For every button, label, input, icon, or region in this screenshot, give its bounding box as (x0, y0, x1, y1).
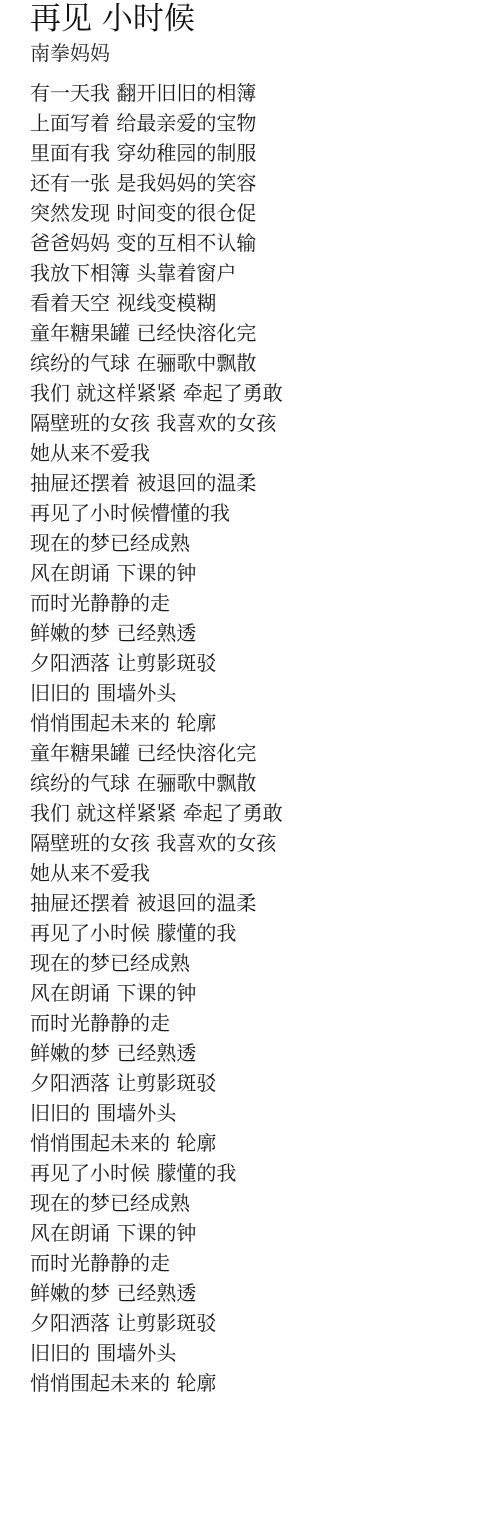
lyric-line: 她从来不爱我 (30, 858, 500, 888)
lyric-line: 风在朗诵 下课的钟 (30, 978, 500, 1008)
lyric-line: 而时光静静的走 (30, 1248, 500, 1278)
lyric-line: 童年糖果罐 已经快溶化完 (30, 738, 500, 768)
lyric-line: 悄悄围起未来的 轮廓 (30, 1128, 500, 1158)
lyric-line: 我们 就这样紧紧 牵起了勇敢 (30, 378, 500, 408)
lyric-line: 悄悄围起未来的 轮廓 (30, 1368, 500, 1398)
lyric-line: 风在朗诵 下课的钟 (30, 558, 500, 588)
lyric-line: 隔壁班的女孩 我喜欢的女孩 (30, 408, 500, 438)
lyric-line: 抽屉还摆着 被退回的温柔 (30, 468, 500, 498)
lyric-line: 旧旧的 围墙外头 (30, 1338, 500, 1368)
lyric-line: 我放下相簿 头靠着窗户 (30, 258, 500, 288)
lyric-line: 再见了小时候懵懂的我 (30, 498, 500, 528)
lyric-line: 抽屉还摆着 被退回的温柔 (30, 888, 500, 918)
lyric-line: 还有一张 是我妈妈的笑容 (30, 168, 500, 198)
lyric-line: 缤纷的气球 在骊歌中飘散 (30, 768, 500, 798)
artist-name: 南拳妈妈 (30, 38, 500, 68)
lyric-line: 夕阳洒落 让剪影斑驳 (30, 1308, 500, 1338)
lyric-line: 旧旧的 围墙外头 (30, 678, 500, 708)
lyric-line: 鲜嫩的梦 已经熟透 (30, 618, 500, 648)
lyric-line: 再见了小时候 朦懂的我 (30, 1158, 500, 1188)
lyric-line: 鲜嫩的梦 已经熟透 (30, 1038, 500, 1068)
lyric-line: 她从来不爱我 (30, 438, 500, 468)
lyric-line: 隔壁班的女孩 我喜欢的女孩 (30, 828, 500, 858)
lyric-line: 旧旧的 围墙外头 (30, 1098, 500, 1128)
lyric-line: 夕阳洒落 让剪影斑驳 (30, 1068, 500, 1098)
lyrics-list: 有一天我 翻开旧旧的相簿上面写着 给最亲爱的宝物里面有我 穿幼稚园的制服还有一张… (30, 78, 500, 1398)
lyric-line: 夕阳洒落 让剪影斑驳 (30, 648, 500, 678)
lyric-line: 看着天空 视线变模糊 (30, 288, 500, 318)
lyric-line: 童年糖果罐 已经快溶化完 (30, 318, 500, 348)
lyric-line: 爸爸妈妈 变的互相不认输 (30, 228, 500, 258)
lyric-line: 里面有我 穿幼稚园的制服 (30, 138, 500, 168)
lyric-line: 有一天我 翻开旧旧的相簿 (30, 78, 500, 108)
lyric-line: 上面写着 给最亲爱的宝物 (30, 108, 500, 138)
lyric-line: 鲜嫩的梦 已经熟透 (30, 1278, 500, 1308)
lyric-line: 缤纷的气球 在骊歌中飘散 (30, 348, 500, 378)
lyric-line: 现在的梦已经成熟 (30, 948, 500, 978)
lyric-line: 而时光静静的走 (30, 588, 500, 618)
lyric-line: 突然发现 时间变的很仓促 (30, 198, 500, 228)
lyric-line: 而时光静静的走 (30, 1008, 500, 1038)
lyric-line: 风在朗诵 下课的钟 (30, 1218, 500, 1248)
song-title: 再见 小时候 (30, 0, 500, 38)
lyric-line: 我们 就这样紧紧 牵起了勇敢 (30, 798, 500, 828)
lyric-line: 悄悄围起未来的 轮廓 (30, 708, 500, 738)
lyric-line: 现在的梦已经成熟 (30, 528, 500, 558)
lyric-line: 现在的梦已经成熟 (30, 1188, 500, 1218)
lyric-line: 再见了小时候 朦懂的我 (30, 918, 500, 948)
lyrics-page: 再见 小时候 南拳妈妈 有一天我 翻开旧旧的相簿上面写着 给最亲爱的宝物里面有我… (30, 0, 500, 1398)
